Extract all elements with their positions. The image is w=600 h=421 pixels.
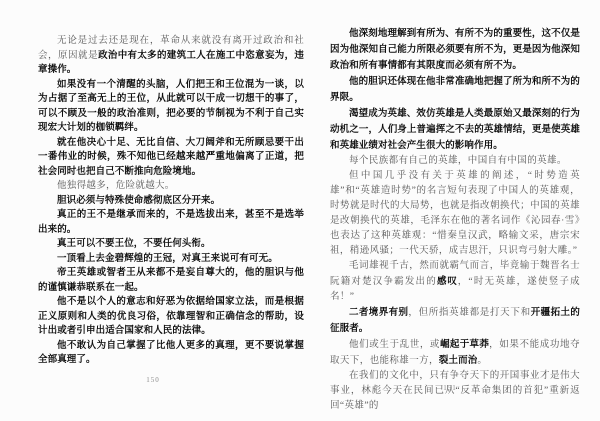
paragraph: 每个民族都有自己的英雄，中国自有中国的英雄。 [330, 154, 580, 169]
emphasis-text: 他不敢认为自己掌握了比他人更多的真理，更不要说掌握全部真理了。 [38, 340, 304, 366]
paragraph: 他不是以个人的意志和好恶为依据给国家立法，而是根据正义原则和人类的优良习俗，依靠… [38, 295, 304, 339]
emphasis-text: 胆识必须与特殊使命感彻底区分开来。 [57, 195, 220, 206]
paragraph: 他不敢认为自己掌握了比他人更多的真理，更不要说掌握全部真理了。 [38, 339, 304, 368]
paragraph: 毛词雄视千古，然而就霸气而言，毕竟输于魏晋名士阮籍对楚汉争霸发出的感叹，“时无英… [330, 259, 580, 305]
emphasis-text: 真正的王不是继承而来的，不是选拔出来，甚至不是选举出来的。 [38, 209, 304, 235]
paragraph: 无论是过去还是现在，革命从来就没有离开过政治和社会，原因就是政治中有太多的建筑工… [38, 34, 304, 78]
emphasis-text: 崛起于草莽 [440, 339, 489, 350]
paragraph: 他的胆识还体现在他非常准确地把握了所为和所不为的界限。 [330, 74, 580, 106]
body-text: 但中国几乎没有关于英雄的阐述，“时势造英雄”和“英雄造时势”的名言短句表现了中国… [330, 171, 580, 256]
emphasis-text: 感叹 [437, 276, 458, 287]
emphasis-text: 帝王英雄或智者王从来都不是妄自尊大的，他的胆识与他的谨慎谦恭联系在一起。 [38, 267, 304, 293]
emphasis-text: 真王可以不要王位，不要任何头衔。 [57, 238, 211, 249]
emphasis-text: 他的胆识还体现在他非常准确地把握了所为和所不为的界限。 [330, 76, 580, 103]
paragraph: 就在他决心十足、无比自信、大刀阔斧和无所顾忌要干出一番伟业的时候，殊不知他已经越… [38, 136, 304, 180]
paragraph: 帝王英雄或智者王从来都不是妄自尊大的，他的胆识与他的谨慎谦恭联系在一起。 [38, 266, 304, 295]
page-left-text: 无论是过去还是现在，革命从来就没有离开过政治和社会，原因就是政治中有太多的建筑工… [38, 34, 304, 368]
body-text: 他们或生于乱世，或 [349, 340, 440, 350]
paragraph: 二者境界有别，但所指英雄都是打天下和开疆拓土的征服者。 [330, 305, 580, 337]
paragraph: 真王可以不要王位，不要任何头衔。 [38, 237, 304, 252]
body-text: 他独得越多，危险就越大。 [57, 181, 175, 191]
paragraph: 胆识必须与特殊使命感彻底区分开来。 [38, 194, 304, 209]
emphasis-text: 裂土而治 [439, 355, 477, 366]
emphasis-text: 如果没有一个清醒的头脑，人们把王和王位混为一谈，以为占据了至高无上的王位，从此就… [38, 79, 304, 134]
paragraph: 真正的王不是继承而来的，不是选拔出来，甚至不是选举出来的。 [38, 208, 304, 237]
body-text: ，但所指英雄都是打天下和 [408, 308, 530, 318]
page-number-left: 150 [38, 376, 268, 384]
page-number-right: 151 [330, 384, 570, 392]
paragraph: 他们或生于乱世，或崛起于草莽，如果不能成功地夺取天下，也能称雄一方，裂土而治。 [330, 337, 580, 369]
paragraph: 渴望成为英雄、效仿英雄是人类最原始又最深刻的行为动机之一，人们身上普遍挥之不去的… [330, 106, 580, 154]
body-text: 每个民族都有自己的英雄，中国自有中国的英雄。 [349, 156, 567, 166]
emphasis-text: 他深刻地理解到有所为、有所不为的重要性，这不仅是因为他深知自己能力所限必须要有所… [330, 28, 580, 71]
paragraph: 他独得越多，危险就越大。 [38, 179, 304, 194]
emphasis-text: 渴望成为英雄、效仿英雄是人类最原始又最深刻的行为动机之一，人们身上普遍挥之不去的… [330, 108, 580, 151]
emphasis-text: 他不是以个人的意志和好恶为依据给国家立法，而是根据正义原则和人类的优良习俗，依靠… [38, 296, 304, 336]
body-text: 。 [477, 356, 487, 366]
paragraph: 如果没有一个清醒的头脑，人们把王和王位混为一谈，以为占据了至高无上的王位，从此就… [38, 78, 304, 136]
page-right-text: 他深刻地理解到有所为、有所不为的重要性，这不仅是因为他深知自己能力所限必须要有所… [330, 26, 580, 414]
paragraph: 一顶看上去金碧辉煌的王冠，对真王来说可有可无。 [38, 252, 304, 267]
paragraph: 他深刻地理解到有所为、有所不为的重要性，这不仅是因为他深知自己能力所限必须要有所… [330, 26, 580, 74]
emphasis-text: 一顶看上去金碧辉煌的王冠，对真王来说可有可无。 [57, 253, 278, 264]
paragraph: 但中国几乎没有关于英雄的阐述，“时势造英雄”和“英雄造时势”的名言短句表现了中国… [330, 169, 580, 259]
emphasis-text: 二者境界有别 [349, 307, 408, 318]
emphasis-text: 就在他决心十足、无比自信、大刀阔斧和无所顾忌要干出一番伟业的时候，殊不知他已经越… [38, 137, 304, 177]
